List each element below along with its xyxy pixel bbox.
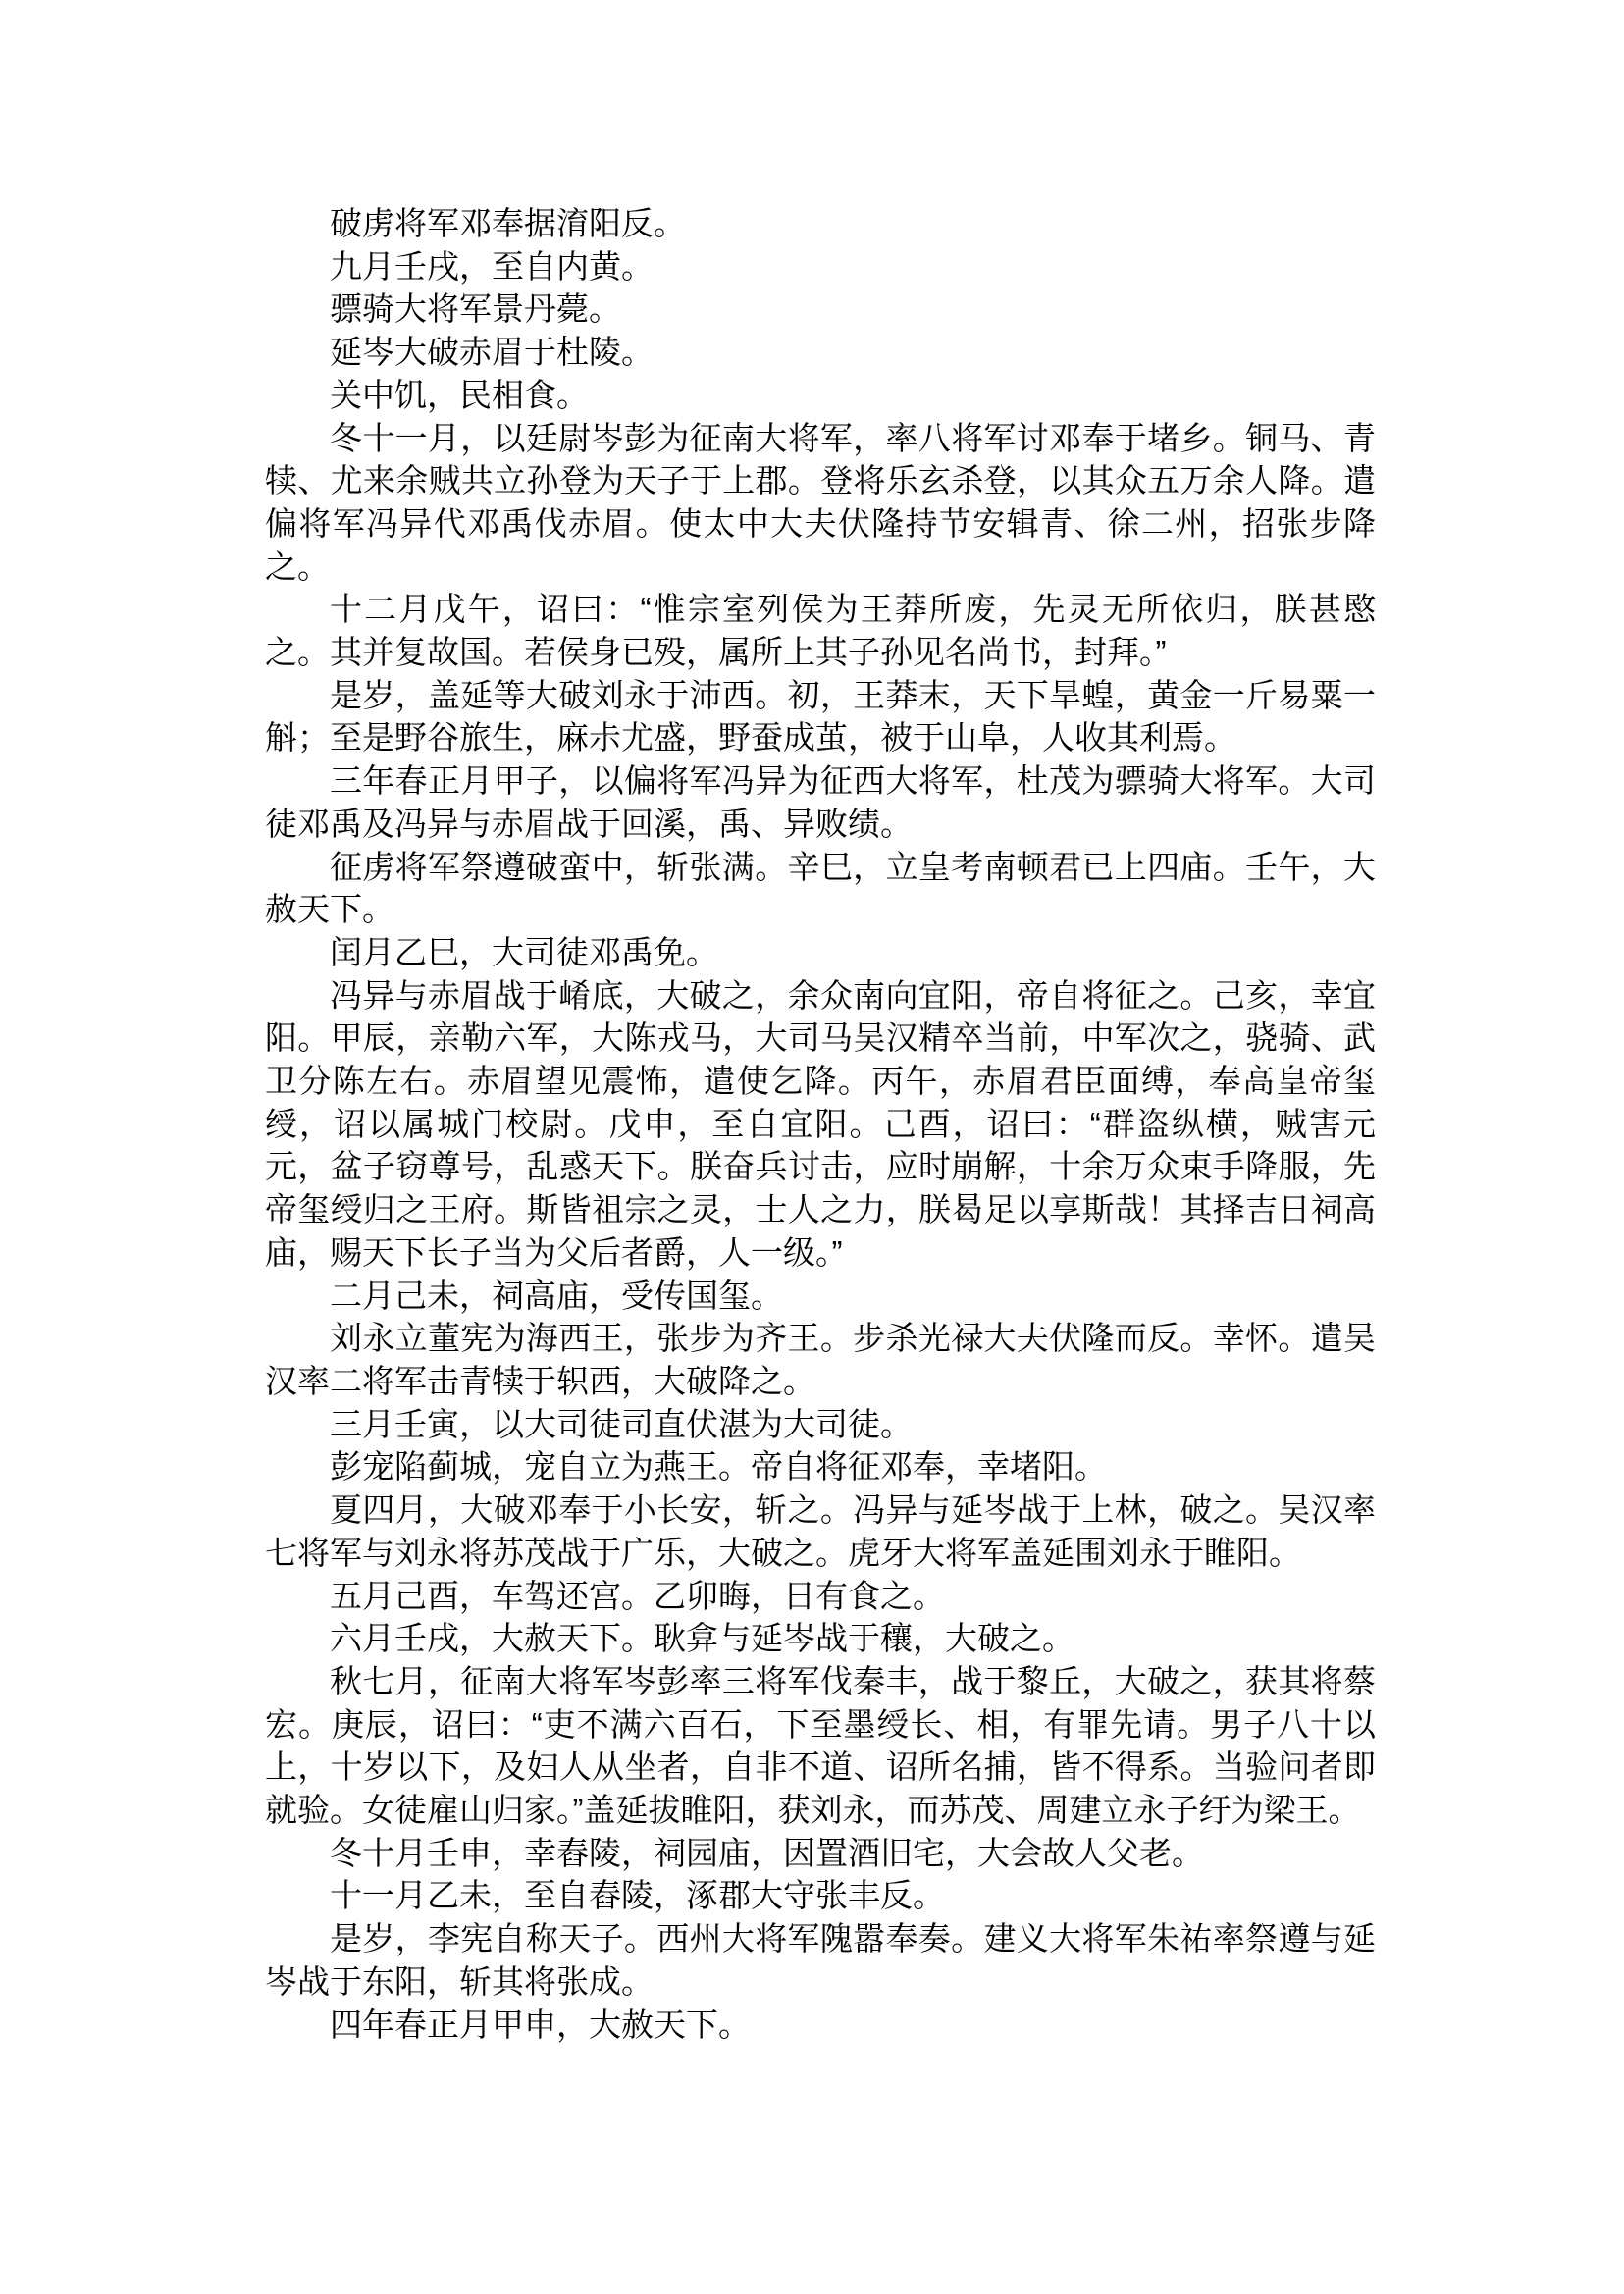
paragraph-6: 冬十一月，以廷尉岑彭为征南大将军，率八将军讨邓奉于堵乡。铜马、青犊、尤来余贼共立… [265, 417, 1376, 589]
paragraph-18: 五月己酉，车驾还宫。乙卯晦，日有食之。 [265, 1575, 1376, 1618]
paragraph-20: 秋七月，征南大将军岑彭率三将军伐秦丰，战于黎丘，大破之，获其将蔡宏。庚辰，诏曰：… [265, 1660, 1376, 1832]
paragraph-9: 三年春正月甲子，以偏将军冯异为征西大将军，杜茂为骠骑大将军。大司徒邓禹及冯异与赤… [265, 759, 1376, 845]
paragraph-3: 骠骑大将军景丹薨。 [265, 287, 1376, 331]
paragraph-7: 十二月戊午，诏曰：“惟宗室列侯为王莽所废，先灵无所依归，朕甚愍之。其并复故国。若… [265, 588, 1376, 673]
paragraph-11: 闰月乙巳，大司徒邓禹免。 [265, 931, 1376, 974]
paragraph-19: 六月壬戌，大赦天下。耿弇与延岑战于穰，大破之。 [265, 1617, 1376, 1660]
paragraph-14: 刘永立董宪为海西王，张步为齐王。步杀光禄大夫伏隆而反。幸怀。遣吴汉率二将军击青犊… [265, 1317, 1376, 1402]
paragraph-22: 十一月乙未，至自舂陵，涿郡大守张丰反。 [265, 1874, 1376, 1917]
paragraph-23: 是岁，李宪自称天子。西州大将军隗嚣奉奏。建义大将军朱祐率祭遵与延岑战于东阳，斩其… [265, 1917, 1376, 2003]
paragraph-4: 延岑大破赤眉于杜陵。 [265, 331, 1376, 374]
paragraph-24: 四年春正月甲申，大赦天下。 [265, 2004, 1376, 2047]
paragraph-21: 冬十月壬申，幸舂陵，祠园庙，因置酒旧宅，大会故人父老。 [265, 1832, 1376, 1875]
paragraph-1: 破虏将军邓奉据淯阳反。 [265, 202, 1376, 245]
paragraph-2: 九月壬戌，至自内黄。 [265, 245, 1376, 288]
text-column: 破虏将军邓奉据淯阳反。 九月壬戌，至自内黄。 骠骑大将军景丹薨。 延岑大破赤眉于… [265, 202, 1376, 2046]
paragraph-5: 关中饥，民相食。 [265, 374, 1376, 417]
paragraph-15: 三月壬寅，以大司徒司直伏湛为大司徒。 [265, 1403, 1376, 1446]
paragraph-13: 二月己未，祠高庙，受传国玺。 [265, 1275, 1376, 1318]
paragraph-17: 夏四月，大破邓奉于小长安，斩之。冯异与延岑战于上林，破之。吴汉率七将军与刘永将苏… [265, 1488, 1376, 1574]
paragraph-16: 彭宠陷蓟城，宠自立为燕王。帝自将征邓奉，幸堵阳。 [265, 1445, 1376, 1488]
document-page: 破虏将军邓奉据淯阳反。 九月壬戌，至自内黄。 骠骑大将军景丹薨。 延岑大破赤眉于… [0, 0, 1624, 2294]
paragraph-12: 冯异与赤眉战于崤底，大破之，余众南向宜阳，帝自将征之。己亥，幸宜阳。甲辰，亲勒六… [265, 974, 1376, 1275]
paragraph-10: 征虏将军祭遵破蛮中，斩张满。辛巳，立皇考南顿君已上四庙。壬午，大赦天下。 [265, 846, 1376, 931]
paragraph-8: 是岁，盖延等大破刘永于沛西。初，王莽末，天下旱蝗，黄金一斤易粟一斛；至是野谷旅生… [265, 674, 1376, 759]
